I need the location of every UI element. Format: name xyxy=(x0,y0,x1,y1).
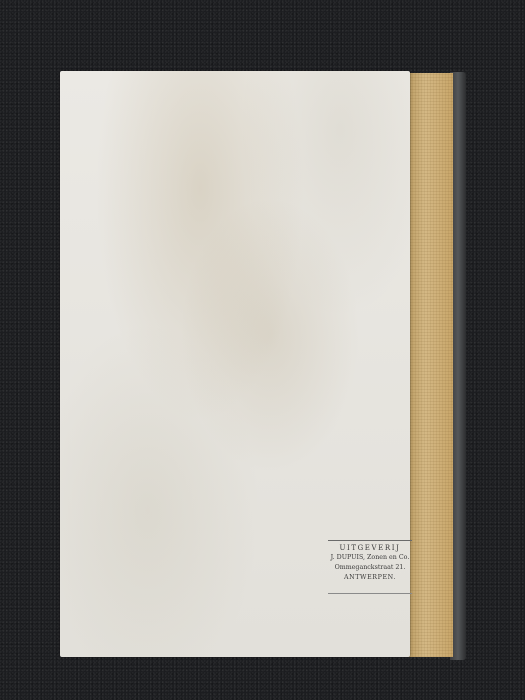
publisher-stamp-line4: ANTWERPEN. xyxy=(328,573,412,583)
book-back-cover: UITGEVERIJ J. DUPUIS, Zonen en Co. Ommeg… xyxy=(60,71,466,661)
publisher-stamp-line3: Ommeganckstraat 21. xyxy=(328,563,412,573)
publisher-stamp-line1: UITGEVERIJ xyxy=(328,543,412,553)
publisher-stamp-line2: J. DUPUIS, Zonen en Co. xyxy=(328,553,412,563)
book-spine-cloth xyxy=(406,73,453,657)
publisher-stamp: UITGEVERIJ J. DUPUIS, Zonen en Co. Ommeg… xyxy=(328,540,412,594)
